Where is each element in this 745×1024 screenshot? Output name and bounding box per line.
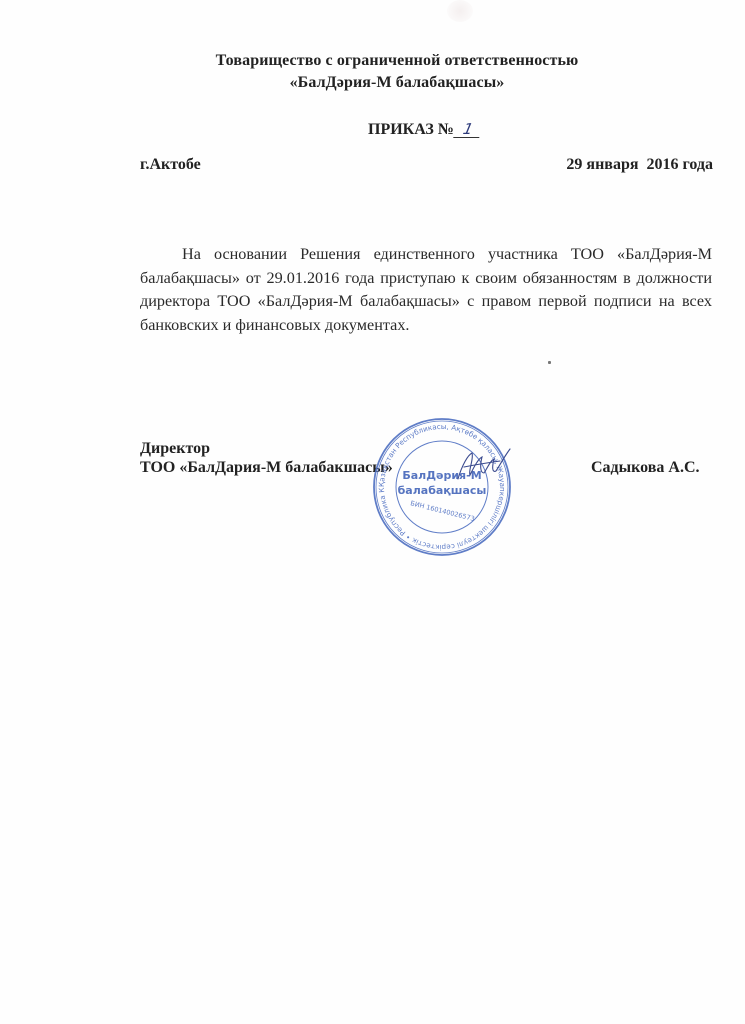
order-title-label: ПРИКАЗ № [368, 121, 454, 138]
company-seal-stamp: Қазақстан Республикасы, Ақтөбе қаласы, Ж… [372, 417, 512, 557]
handwritten-signature [450, 445, 520, 485]
order-title: ПРИКАЗ №1 [368, 121, 481, 139]
seal-name-line-2: балабақшасы [398, 484, 487, 497]
order-number-handwritten: 1 [453, 121, 483, 138]
order-date: 29 января 2016 года [566, 156, 713, 174]
seal-bin: БИН 160140026573 [410, 499, 476, 523]
scan-speck [548, 361, 551, 364]
order-body-text: На основании Решения единственного участ… [140, 243, 712, 337]
document-page: Товарищество с ограниченной ответственно… [0, 0, 745, 1024]
signer-position: Директор [140, 440, 210, 458]
signer-organization: ТОО «БалДария-М балабакшасы» [140, 459, 393, 477]
scan-smudge [447, 0, 473, 22]
city-label: г.Актобе [140, 156, 201, 174]
organization-type-heading: Товарищество с ограниченной ответственно… [57, 52, 737, 70]
organization-name-heading: «БалДәрия-М балабақшасы» [57, 74, 737, 92]
signer-name: Садыкова А.С. [591, 459, 700, 477]
